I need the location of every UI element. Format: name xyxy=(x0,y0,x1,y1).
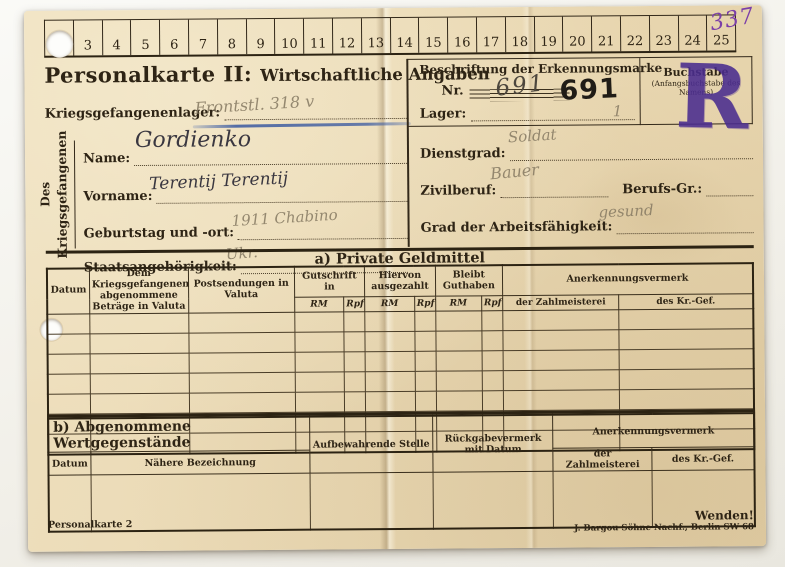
empty-cell xyxy=(294,312,344,332)
ruler-number: 23 xyxy=(649,16,678,51)
empty-cell xyxy=(482,370,503,390)
ruler-number: 7 xyxy=(188,19,217,54)
ruler-number: 15 xyxy=(418,18,447,53)
col-gutschrift: Gutschrift in xyxy=(294,266,365,297)
empty-cell xyxy=(503,329,620,350)
empty-cell xyxy=(47,314,90,334)
ruler-number: 18 xyxy=(505,17,534,52)
ruler-number: 21 xyxy=(591,16,620,51)
empty-cell xyxy=(48,374,91,394)
sub-rpf: Rpf xyxy=(481,296,502,311)
empty-cell xyxy=(188,312,294,333)
empty-cell xyxy=(365,311,415,331)
empty-cell xyxy=(482,390,503,410)
empty-cell xyxy=(366,391,416,411)
empty-cell xyxy=(365,371,415,391)
empty-cell xyxy=(295,392,345,412)
sub-krgef: des Kr.-Gef. xyxy=(652,447,755,471)
arbeitsfaehigkeit-label: Grad der Arbeitsfähigkeit: xyxy=(421,219,613,236)
empty-cell xyxy=(481,310,502,330)
empty-cell xyxy=(436,311,482,331)
empty-cell xyxy=(189,392,295,413)
ruler-number: 4 xyxy=(102,20,131,55)
empty-cell xyxy=(415,351,436,371)
dotted-line xyxy=(470,105,635,121)
dotted-line xyxy=(706,181,753,196)
empty-cell xyxy=(344,391,365,411)
sub-rm: RM xyxy=(435,296,481,311)
ruler-number: 19 xyxy=(533,17,562,52)
empty-cell xyxy=(436,331,482,351)
empty-cell xyxy=(482,330,503,350)
table-b-title: b) Abgenommene Wertgegenstände xyxy=(48,417,309,453)
empty-cell xyxy=(47,334,90,354)
col-postsendungen: Postsendungen in Valuta xyxy=(188,267,294,313)
empty-cell xyxy=(503,389,620,410)
dotted-line xyxy=(500,182,608,198)
zivilberuf-field: Zivilberuf: Berufs-Gr.: Bauer xyxy=(420,172,753,199)
buchstabe-handwritten: 1 xyxy=(613,102,623,120)
empty-cell xyxy=(189,372,295,393)
geburtstag-label: Geburtstag und -ort: xyxy=(84,225,234,241)
empty-cell xyxy=(310,472,434,529)
ruler-number: 20 xyxy=(562,16,591,51)
sub-rpf: Rpf xyxy=(414,296,435,311)
empty-cell xyxy=(344,351,365,371)
ruler-number: 9 xyxy=(246,19,275,54)
ruler-number: 6 xyxy=(159,20,188,55)
printer-imprint: J. Bargou Söhne Nachf., Berlin SW 68 xyxy=(574,522,754,533)
footer-right: Wenden! J. Bargou Söhne Nachf., Berlin S… xyxy=(574,508,754,533)
vorname-label: Vorname: xyxy=(83,189,152,205)
ruler-number: 17 xyxy=(476,17,505,52)
nr-handwritten-value: 691 xyxy=(494,70,547,101)
empty-cell xyxy=(90,373,189,394)
vorname-field: Vorname: Terentij Terentij xyxy=(83,176,407,205)
handwritten-corner-number: 337 xyxy=(708,3,757,36)
arbeitsfaehigkeit-value: gesund xyxy=(598,201,654,221)
empty-cell xyxy=(90,353,189,374)
col-anerkennungsvermerk: Anerkennungsvermerk xyxy=(553,413,754,448)
punch-hole xyxy=(46,31,73,58)
scanned-document-page: { "page": { "corner_note": "337" }, "rul… xyxy=(0,0,785,567)
col-aufbewahrende-stelle: Aufbewahrende Stelle xyxy=(309,416,433,473)
empty-cell xyxy=(189,352,295,373)
empty-cell xyxy=(436,391,482,411)
col-anerkennungsvermerk: Anerkennungsvermerk xyxy=(502,263,753,295)
col-datum: Datum xyxy=(47,268,90,314)
empty-cell xyxy=(414,331,435,351)
empty-cell xyxy=(90,393,189,414)
ruler-number: 14 xyxy=(390,18,419,53)
empty-cell xyxy=(295,332,345,352)
empty-cell xyxy=(433,471,553,528)
side-label-line1: Des xyxy=(38,175,52,215)
arbeitsfaehigkeit-field: Grad der Arbeitsfähigkeit: gesund xyxy=(420,209,753,236)
empty-cell xyxy=(344,331,365,351)
zivilberuf-value: Bauer xyxy=(489,160,539,184)
sub-rm: RM xyxy=(365,296,415,311)
empty-cell xyxy=(620,388,754,409)
geburtstag-field: Geburtstag und -ort: 1911 Chabino xyxy=(84,214,408,242)
col-datum: Datum xyxy=(48,452,91,475)
empty-cell xyxy=(295,372,345,392)
empty-cell xyxy=(365,351,415,371)
ruler-number: 22 xyxy=(620,16,649,51)
empty-cell xyxy=(436,371,482,391)
nr-stamped-value: 691 xyxy=(559,73,620,107)
service-fields: Dienstgrad: Soldat Zivilberuf: Berufs-Gr… xyxy=(420,135,754,236)
empty-cell xyxy=(503,309,620,330)
kriegsgefangenenlager-field: Kriegsgefangenenlager: Frontstl. 318 v xyxy=(45,104,407,122)
dotted-line xyxy=(616,218,753,234)
empty-cell xyxy=(619,328,753,349)
ruler-number: 11 xyxy=(303,18,332,53)
empty-cell xyxy=(48,394,91,414)
ruler-number: 16 xyxy=(447,17,476,52)
empty-cell xyxy=(344,371,365,391)
name-label: Name: xyxy=(83,151,130,166)
empty-cell xyxy=(189,332,295,353)
empty-cell xyxy=(619,308,753,329)
col-hiervon-ausgezahlt: Hiervon ausgezahlt xyxy=(365,266,436,297)
empty-cell xyxy=(619,348,753,369)
empty-cell xyxy=(436,351,482,371)
sub-krgef: des Kr.-Gef. xyxy=(619,294,753,310)
zivilberuf-label: Zivilberuf: xyxy=(420,183,496,199)
empty-cell xyxy=(365,331,415,351)
empty-cell xyxy=(503,369,620,390)
wenden-note: Wenden! xyxy=(574,508,754,523)
col-naehere-bezeichnung: Nähere Bezeichnung xyxy=(91,450,310,475)
title-main: Personalkarte II: xyxy=(44,61,252,88)
sub-zahlmeisterei: der Zahlmeisterei xyxy=(553,447,652,471)
empty-cell xyxy=(620,368,754,389)
ruler-number: 10 xyxy=(274,19,303,54)
col-abgenommene-betraege: Dem Kriegsgefangenen abgenommene Beträge… xyxy=(89,268,188,314)
empty-cell xyxy=(344,311,365,331)
empty-cell xyxy=(48,354,91,374)
berufsgr-label: Berufs-Gr.: xyxy=(622,182,702,198)
side-label-des-kriegsgefangenen: Des Kriegsgefangenen xyxy=(33,141,76,249)
ruler-number: 3 xyxy=(73,20,102,55)
empty-cell xyxy=(90,333,189,354)
letter-r-stamp: R xyxy=(675,57,750,138)
empty-cell xyxy=(415,391,436,411)
name-field: Name: Gordienko xyxy=(83,138,407,167)
ruler-number: 5 xyxy=(130,20,159,55)
sub-rm: RM xyxy=(294,297,344,312)
empty-cell xyxy=(482,350,503,370)
empty-cell xyxy=(503,349,620,370)
sub-zahlmeisterei: der Zahlmeisterei xyxy=(502,295,619,311)
erkennungsmarke-box: Beschriftung der Erkennungsmarke Nr. 691… xyxy=(407,56,753,127)
ruler-number: 8 xyxy=(217,19,246,54)
dienstgrad-value: Soldat xyxy=(507,125,557,146)
empty-cell xyxy=(295,352,345,372)
number-ruler-strip: 2345678910111213141516171819202122232425 xyxy=(44,14,736,57)
side-label-line2: Kriegsgefangenen xyxy=(54,131,70,259)
dienstgrad-label: Dienstgrad: xyxy=(420,146,506,162)
ruler-number: 12 xyxy=(332,18,361,53)
empty-cell xyxy=(415,371,436,391)
ruler-number: 13 xyxy=(361,18,390,53)
sub-rpf: Rpf xyxy=(344,297,365,312)
col-rueckgabevermerk: Rückgabevermerk mit Datum xyxy=(433,415,553,472)
personalkarte-card: 2345678910111213141516171819202122232425… xyxy=(24,5,766,552)
lager-field: Lager: xyxy=(420,105,635,122)
name-value: Gordienko xyxy=(135,127,251,153)
nr-label: Nr. xyxy=(441,83,463,98)
col-bleibt-guthaben: Bleibt Guthaben xyxy=(435,265,502,296)
lager-label: Lager: xyxy=(420,106,467,121)
form-number: Personalkarte 2 xyxy=(48,519,132,531)
empty-cell xyxy=(90,313,189,334)
empty-cell xyxy=(414,311,435,331)
